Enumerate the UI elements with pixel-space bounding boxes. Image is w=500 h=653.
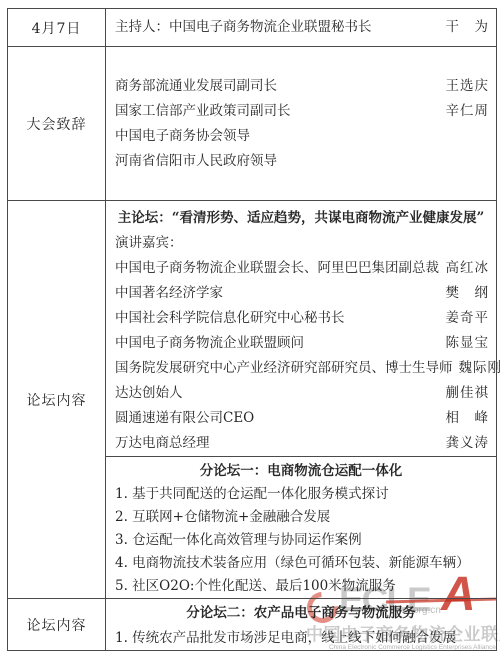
speech-line: 河南省信阳市人民政府领导 — [106, 149, 496, 174]
table-row-forum-content-2: 论坛内容 分论坛二：农产品电子商务与物流服务 1. 传统农产品批发市场涉足电商，… — [8, 599, 496, 650]
speaker-role: 中国电子商务物流企业联盟会长、阿里巴巴集团副总裁 — [115, 256, 439, 281]
forum-content-cell: 主论坛：“看清形势、适应趋势，共谋电商物流产业健康发展” 演讲嘉宾： 中国电子商… — [106, 201, 496, 598]
guests-label: 演讲嘉宾： — [115, 231, 183, 256]
topic-line: 1. 基于共同配送的仓运配一体化服务模式探讨 — [106, 483, 496, 506]
speaker-line: 国务院发展研究中心产业经济研究部研究员、博士生导师 魏际刚 — [106, 356, 496, 381]
speaker-line: 中国著名经济学家 樊 纲 — [106, 281, 496, 306]
speaker-name: 龚义涛 — [440, 431, 490, 456]
guests-label-line: 演讲嘉宾： — [106, 231, 496, 256]
speaker-line: 达达创始人 蒯佳祺 — [106, 381, 496, 406]
topic-line: 1. 传统农产品批发市场涉足电商，线上线下如何融合发展 — [106, 626, 496, 651]
host-cell: 主持人：中国电子商务物流企业联盟秘书长 干 为 — [106, 9, 496, 46]
speech-line: 国家工信部产业政策司副司长 辛仁周 — [106, 99, 496, 124]
agenda-table: 4月7日 主持人：中国电子商务物流企业联盟秘书长 干 为 大会致辞 商务部流通业… — [7, 8, 497, 651]
subforum-2-title: 分论坛二：农产品电子商务与物流服务 — [106, 601, 496, 626]
topic-text: 3. 仓运配一体化高效管理与协同运作案例 — [115, 529, 362, 552]
date-cell: 4月7日 — [8, 9, 106, 46]
speech-line: 商务部流通业发展司副司长 王选庆 — [106, 74, 496, 99]
speaker-line: 中国电子商务物流企业联盟顾问 陈显宝 — [106, 331, 496, 356]
host-name: 干 为 — [440, 15, 490, 40]
speaker-role: 万达电商总经理 — [115, 431, 210, 456]
subforum-1-title: 分论坛一：电商物流仓运配一体化 — [106, 459, 496, 483]
opening-speeches-label: 大会致辞 — [8, 47, 106, 200]
subforum-2-section: 分论坛二：农产品电子商务与物流服务 1. 传统农产品批发市场涉足电商，线上线下如… — [106, 599, 496, 650]
speaker-line: 圆通速递有限公司CEO 相 峰 — [106, 406, 496, 431]
speaker-role: 国务院发展研究中心产业经济研究部研究员、博士生导师 — [115, 356, 453, 381]
table-row-opening-speeches: 大会致辞 商务部流通业发展司副司长 王选庆 国家工信部产业政策司副司长 辛仁周 … — [8, 47, 496, 201]
speaker-role: 达达创始人 — [115, 381, 183, 406]
forum-content-label: 论坛内容 — [8, 599, 106, 650]
speaker-role: 中国电子商务物流企业联盟顾问 — [115, 331, 304, 356]
main-forum-section: 主论坛：“看清形势、适应趋势，共谋电商物流产业健康发展” 演讲嘉宾： 中国电子商… — [106, 201, 496, 457]
table-row-forum-content-1: 论坛内容 主论坛：“看清形势、适应趋势，共谋电商物流产业健康发展” 演讲嘉宾： … — [8, 201, 496, 599]
host-role: 主持人：中国电子商务物流企业联盟秘书长 — [115, 15, 372, 40]
speech-role: 河南省信阳市人民政府领导 — [115, 149, 277, 174]
speaker-role: 中国著名经济学家 — [115, 281, 223, 306]
speaker-name: 相 峰 — [440, 406, 490, 431]
speaker-line: 万达电商总经理 龚义涛 — [106, 431, 496, 456]
topic-line: 3. 仓运配一体化高效管理与协同运作案例 — [106, 529, 496, 552]
speaker-name: 姜奇平 — [440, 306, 490, 331]
topic-text: 4. 电商物流技术装备应用（绿色可循环包装、新能源车辆） — [115, 552, 470, 575]
speaker-line: 中国社会科学院信息化研究中心秘书长 姜奇平 — [106, 306, 496, 331]
speaker-name: 樊 纲 — [440, 281, 490, 306]
topic-text: 1. 传统农产品批发市场涉足电商，线上线下如何融合发展 — [115, 626, 456, 651]
forum-content-label: 论坛内容 — [8, 201, 106, 598]
speech-role: 中国电子商务协会领导 — [115, 124, 250, 149]
topic-line: 2. 互联网+仓储物流+金融融合发展 — [106, 506, 496, 529]
speaker-role: 中国社会科学院信息化研究中心秘书长 — [115, 306, 345, 331]
speech-name: 辛仁周 — [440, 99, 490, 124]
opening-speeches-cell: 商务部流通业发展司副司长 王选庆 国家工信部产业政策司副司长 辛仁周 中国电子商… — [106, 47, 496, 200]
speaker-role: 圆通速递有限公司CEO — [115, 406, 254, 431]
topic-line: 5. 社区O2O:个性化配送、最后100米物流服务 — [106, 575, 496, 598]
speech-line: 中国电子商务协会领导 — [106, 124, 496, 149]
speech-role: 商务部流通业发展司副司长 — [115, 74, 277, 99]
topic-text: 5. 社区O2O:个性化配送、最后100米物流服务 — [115, 575, 396, 598]
agenda-page: ECLE A org.cn 中国电子商务物流企业联盟 China Electro… — [0, 0, 500, 653]
speech-name: 王选庆 — [440, 74, 490, 99]
speaker-name: 蒯佳祺 — [440, 381, 490, 406]
topic-line: 4. 电商物流技术装备应用（绿色可循环包装、新能源车辆） — [106, 552, 496, 575]
speaker-name: 陈显宝 — [440, 331, 490, 356]
speech-role: 国家工信部产业政策司副司长 — [115, 99, 291, 124]
table-row-date-host: 4月7日 主持人：中国电子商务物流企业联盟秘书长 干 为 — [8, 9, 496, 47]
host-line: 主持人：中国电子商务物流企业联盟秘书长 干 为 — [106, 15, 496, 40]
topic-text: 2. 互联网+仓储物流+金融融合发展 — [115, 506, 330, 529]
speaker-name: 魏际刚 — [453, 356, 500, 381]
speaker-name: 高红冰 — [440, 256, 490, 281]
topic-text: 1. 基于共同配送的仓运配一体化服务模式探讨 — [115, 483, 389, 506]
main-forum-title: 主论坛：“看清形势、适应趋势，共谋电商物流产业健康发展” — [106, 206, 496, 231]
subforum-1-section: 分论坛一：电商物流仓运配一体化 1. 基于共同配送的仓运配一体化服务模式探讨 2… — [106, 457, 496, 598]
speaker-line: 中国电子商务物流企业联盟会长、阿里巴巴集团副总裁 高红冰 — [106, 256, 496, 281]
